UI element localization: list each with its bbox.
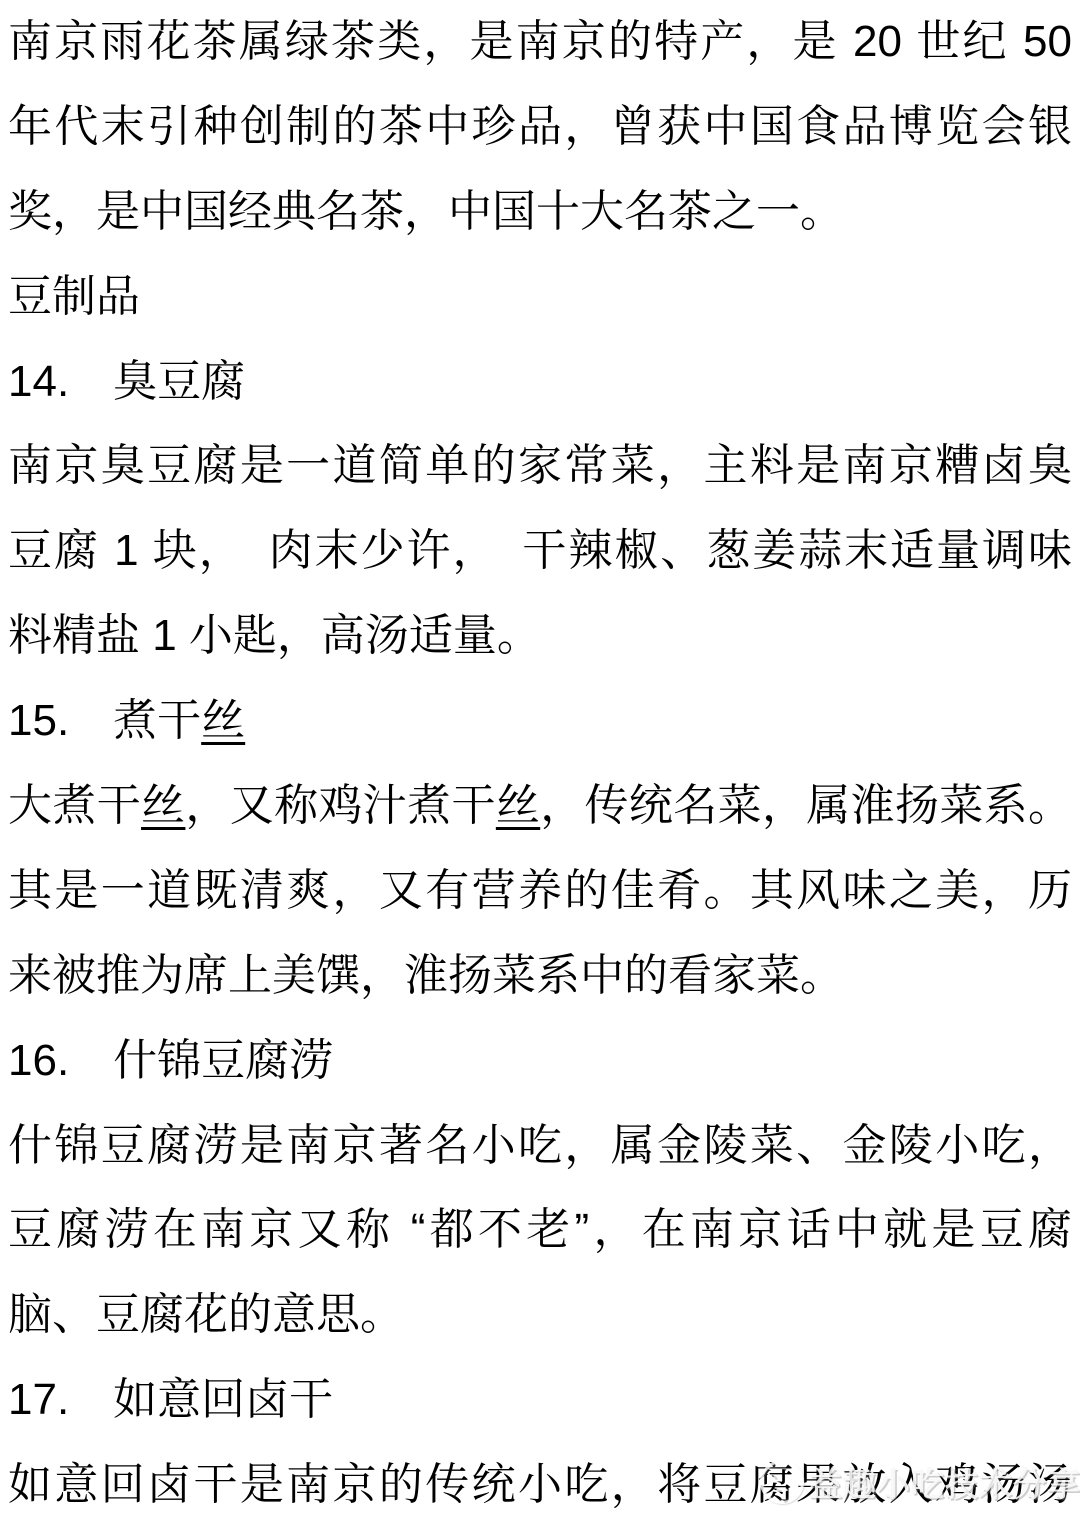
text-line: 什锦豆腐涝是南京著名小吃，属金陵菜、金陵小吃， [8,1104,1072,1189]
text-segment: 大煮干 [8,781,141,830]
text-segment: 15. 煮干 [8,696,201,745]
text-line: 南京雨花茶属绿茶类，是南京的特产，是 20 世纪 50 [8,0,1072,85]
text-line: 来被推为席上美馔，淮扬菜系中的看家菜。 [8,934,1072,1019]
text-segment: 如意回卤干是南京的传统小吃，将豆腐果放入鸡汤汤 [8,1460,1072,1509]
text-line: 脑、豆腐花的意思。 [8,1273,1072,1358]
text-segment: 料精盐 1 小匙，高汤适量。 [8,611,541,660]
text-segment: 豆腐涝在南京又称 “都不老”，在南京话中就是豆腐 [8,1205,1072,1254]
text-segment: 其是一道既清爽，又有营养的佳肴。其风味之美，历 [8,866,1072,915]
text-line: 14. 臭豆腐 [8,340,1072,425]
text-line: 其是一道既清爽，又有营养的佳肴。其风味之美，历 [8,849,1072,934]
underlined-text-segment: 丝 [496,781,540,830]
text-segment: 什锦豆腐涝是南京著名小吃，属金陵菜、金陵小吃， [8,1121,1072,1170]
text-line: 16. 什锦豆腐涝 [8,1019,1072,1104]
document-page: 南京雨花茶属绿茶类，是南京的特产，是 20 世纪 50年代末引种创制的茶中珍品，… [0,0,1080,1528]
text-line: 年代末引种创制的茶中珍品，曾获中国食品博览会银 [8,85,1072,170]
text-segment: 南京臭豆腐是一道简单的家常菜，主料是南京糟卤臭 [8,441,1072,490]
text-line: 15. 煮干丝 [8,679,1072,764]
text-line: 豆腐涝在南京又称 “都不老”，在南京话中就是豆腐 [8,1188,1072,1273]
text-segment: 来被推为席上美馔，淮扬菜系中的看家菜。 [8,951,844,1000]
text-line: 奖，是中国经典名茶，中国十大名茶之一。 [8,170,1072,255]
text-line: 大煮干丝，又称鸡汁煮干丝，传统名菜，属淮扬菜系。 [8,764,1072,849]
text-segment: 脑、豆腐花的意思。 [8,1290,404,1339]
document-body: 南京雨花茶属绿茶类，是南京的特产，是 20 世纪 50年代末引种创制的茶中珍品，… [8,0,1072,1528]
text-segment: ，又称鸡汁煮干 [185,781,495,830]
text-segment: 14. 臭豆腐 [8,357,245,406]
text-line: 豆腐 1 块， 肉末少许， 干辣椒、葱姜蒜末适量调味 [8,509,1072,594]
text-line: 南京臭豆腐是一道简单的家常菜，主料是南京糟卤臭 [8,424,1072,509]
text-segment: 豆制品 [8,272,140,321]
text-line: 豆制品 [8,255,1072,340]
text-line: 料精盐 1 小匙，高汤适量。 [8,594,1072,679]
text-segment: ，传统名菜，属淮扬菜系。 [540,781,1072,830]
text-segment: 豆腐 1 块， 肉末少许， 干辣椒、葱姜蒜末适量调味 [8,526,1072,575]
underlined-text-segment: 丝 [141,781,185,830]
text-line: 如意回卤干是南京的传统小吃，将豆腐果放入鸡汤汤 [8,1443,1072,1528]
underlined-text-segment: 丝 [201,696,245,745]
text-segment: 17. 如意回卤干 [8,1375,333,1424]
text-line: 17. 如意回卤干 [8,1358,1072,1443]
text-segment: 16. 什锦豆腐涝 [8,1036,333,1085]
text-segment: 奖，是中国经典名茶，中国十大名茶之一。 [8,187,844,236]
text-segment: 南京雨花茶属绿茶类，是南京的特产，是 20 世纪 50 [8,17,1072,66]
text-segment: 年代末引种创制的茶中珍品，曾获中国食品博览会银 [8,102,1072,151]
